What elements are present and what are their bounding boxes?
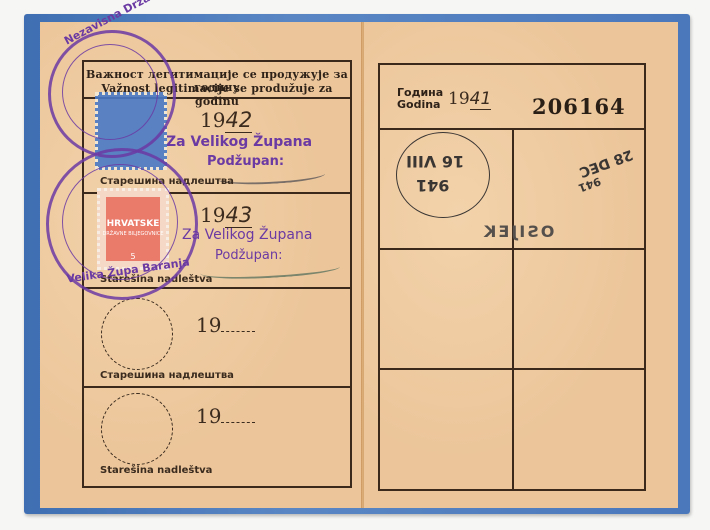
postmark-1-date: 16 VIII: [406, 152, 464, 171]
official-round-seal-upper-inner: [62, 44, 158, 140]
entry-4-year: 19: [196, 404, 255, 428]
entry-4-signature-label: Starešina nadleštva: [100, 465, 212, 476]
entry-2-year: 1943: [200, 203, 252, 227]
entry-1-year: 1942: [200, 108, 252, 132]
entry-2-stamp-line1: Za Velikog Župana: [182, 227, 312, 243]
place-stamp: OSIJEK: [482, 222, 554, 241]
entry-3-seal-placeholder: [101, 298, 173, 370]
entry-3-year: 19: [196, 313, 255, 337]
entry-3-signature-label: Старешина надлештва: [100, 370, 234, 381]
postmark-1-year: 941: [416, 176, 449, 195]
entry-4-seal-placeholder: [101, 393, 173, 465]
right-column-divider: [512, 128, 514, 491]
entry-1-stamp-line1: Za Velikog Župana: [166, 134, 312, 150]
postmark-ring: [396, 132, 490, 218]
year-label: Година Godina: [397, 87, 443, 111]
issue-year: 1941: [448, 89, 491, 109]
row-divider-3: [82, 386, 352, 388]
serial-number: 206164: [532, 94, 626, 119]
